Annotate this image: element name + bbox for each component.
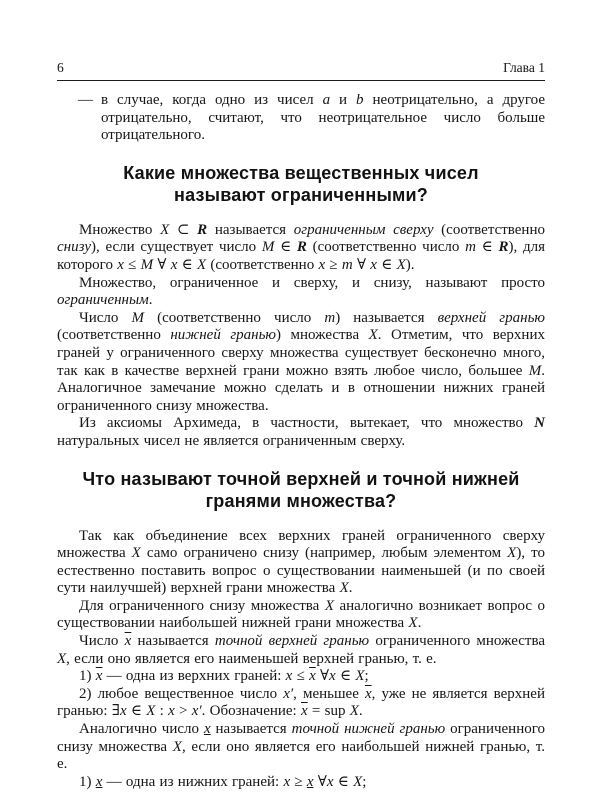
paragraph: Из аксиомы Архимеда, в частности, вытека… xyxy=(57,415,545,450)
heading-line: называют ограниченными? xyxy=(174,185,428,205)
paragraph: Число x называется точной верхней гранью… xyxy=(57,633,545,668)
page-header: 6 Глава 1 xyxy=(57,60,545,81)
page-number: 6 xyxy=(57,60,64,76)
dash-marker: — xyxy=(78,92,93,110)
paragraph: Множество X ⊂ R называется ограниченным … xyxy=(57,222,545,275)
heading-line: гранями множества? xyxy=(206,491,397,511)
paragraph: Аналогично число x называется точной ниж… xyxy=(57,721,545,774)
chapter-title: Глава 1 xyxy=(503,60,545,76)
list-item-text: в случае, когда одно из чисел a и b неот… xyxy=(101,92,545,143)
heading-line: Какие множества вещественных чисел xyxy=(123,163,479,183)
numbered-item: 1) x — одна из нижних граней: x ≥ x ∀x ∈… xyxy=(57,774,545,792)
section-heading-bounded-sets: Какие множества вещественных чисел назыв… xyxy=(57,162,545,207)
paragraph: Так как объединение всех верхних граней … xyxy=(57,528,545,598)
heading-line: Что называют точной верхней и точной ниж… xyxy=(82,469,519,489)
numbered-item: 1) x — одна из верхних граней: x ≤ x ∀x … xyxy=(57,668,545,686)
numbered-item: 2) любое вещественное число x′, меньшее … xyxy=(57,686,545,721)
book-page: 6 Глава 1 — в случае, когда одно из чисе… xyxy=(0,0,600,800)
paragraph: Множество, ограниченное и сверху, и сниз… xyxy=(57,275,545,310)
section-heading-supremum-infimum: Что называют точной верхней и точной ниж… xyxy=(57,468,545,513)
list-item: — в случае, когда одно из чисел a и b не… xyxy=(57,92,545,145)
paragraph: Число M (соответственно число m) называе… xyxy=(57,310,545,416)
paragraph: Для ограниченного снизу множества X анал… xyxy=(57,598,545,633)
